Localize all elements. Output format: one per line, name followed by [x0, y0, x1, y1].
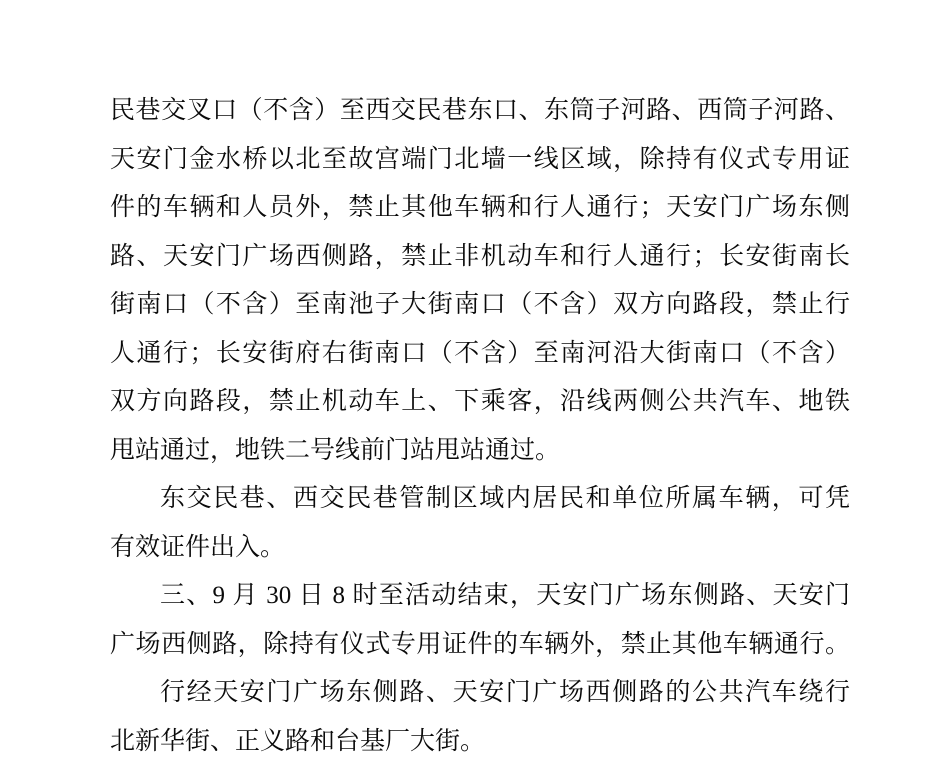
text-line: 广场西侧路，除持有仪式专用证件的车辆外，禁止其他车辆通行。	[110, 621, 850, 670]
text-line: 行经天安门广场东侧路、天安门广场西侧路的公共汽车绕行	[110, 669, 850, 718]
text-line: 有效证件出入。	[110, 524, 850, 573]
text-line: 件的车辆和人员外，禁止其他车辆和行人通行；天安门广场东侧	[110, 184, 850, 233]
text-line: 双方向路段，禁止机动车上、下乘客，沿线两侧公共汽车、地铁	[110, 378, 850, 427]
text-line: 东交民巷、西交民巷管制区域内居民和单位所属车辆，可凭	[110, 475, 850, 524]
text-line: 民巷交叉口（不含）至西交民巷东口、东筒子河路、西筒子河路、	[110, 87, 850, 136]
text-line: 街南口（不含）至南池子大街南口（不含）双方向路段，禁止行	[110, 281, 850, 330]
document-text-block: 民巷交叉口（不含）至西交民巷东口、东筒子河路、西筒子河路、 天安门金水桥以北至故…	[110, 87, 850, 766]
text-line: 天安门金水桥以北至故宫端门北墙一线区域，除持有仪式专用证	[110, 136, 850, 185]
document-page: 民巷交叉口（不含）至西交民巷东口、东筒子河路、西筒子河路、 天安门金水桥以北至故…	[0, 0, 943, 771]
text-line: 北新华街、正义路和台基厂大街。	[110, 718, 850, 767]
text-line: 人通行；长安街府右街南口（不含）至南河沿大街南口（不含）	[110, 330, 850, 379]
text-line: 甩站通过，地铁二号线前门站甩站通过。	[110, 427, 850, 476]
text-line: 三、9 月 30 日 8 时至活动结束，天安门广场东侧路、天安门	[110, 572, 850, 621]
text-line: 路、天安门广场西侧路，禁止非机动车和行人通行；长安街南长	[110, 233, 850, 282]
